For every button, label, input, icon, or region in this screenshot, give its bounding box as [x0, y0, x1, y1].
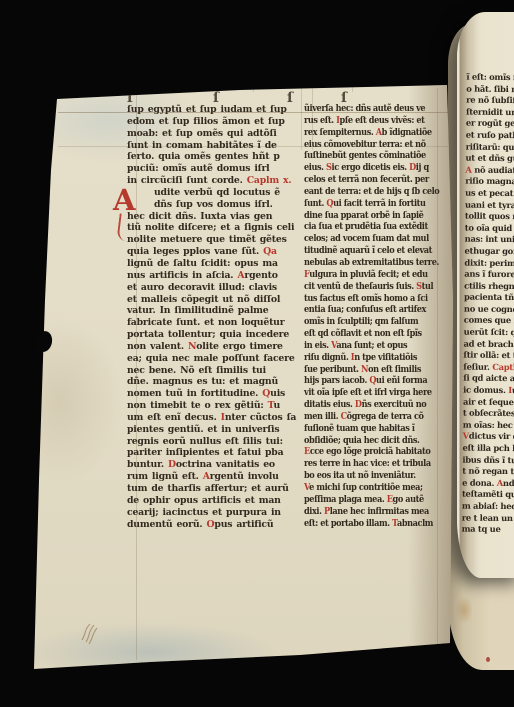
- text-line: in circũciſi ſunt corde. Caplm x.: [127, 175, 303, 187]
- text-line: uani et tyranĩs: [465, 199, 514, 211]
- text-line: ſtir ollã: et ti: [463, 350, 514, 362]
- text-line: nec bene. Nõ eſt ſimilis tui: [127, 365, 303, 377]
- text-line: ans ĩ furore ſuo: [464, 269, 514, 281]
- rubric-text: Qa: [263, 246, 277, 257]
- text-line: eius cõmovebitur terra: et nõ: [304, 140, 442, 152]
- facing-page-text-column: ĩ eſt: omĩs ſamo hãt. ſibi nõ crere nõ ſ…: [462, 72, 514, 537]
- text-line: nebulas ab extremitatibus terre.: [304, 258, 442, 270]
- text-line: in eis. Vana ſunt; et opus: [304, 341, 442, 353]
- text-line: udite verbũ qd locutus ẽ: [154, 187, 303, 199]
- stain: [404, 644, 416, 652]
- text-line: ſup egyptũ et ſup iudam et ſup: [127, 104, 303, 116]
- text-line: ſue peribunt. Non eſt ſimilis: [304, 365, 442, 377]
- text-line: ditatis eius. Dñs exercituũ no: [304, 400, 442, 412]
- text-line: dixi. Plane hec infirmitas mea: [304, 507, 442, 519]
- text-line: ſeſiur. Captĩu: [463, 361, 514, 373]
- text-line: non valent. Nolite ergo timere: [127, 341, 303, 353]
- text-line: nomen tuũ in fortitudine. Quis: [127, 388, 303, 400]
- rubric-text: Q: [262, 388, 270, 399]
- ink-scribble: [76, 610, 106, 650]
- text-line: Ve michi ſup contritiõe mea;: [304, 483, 442, 495]
- text-line: celos et terrã non fecerũt. per: [304, 175, 442, 187]
- text-line: ſi qd aicte ab tigi: [463, 373, 514, 385]
- manuscript-page: Iher ſ ſ ſ ſ ſup egyptũ et ſup iudam et …: [0, 0, 514, 707]
- text-line: eſt qd cõflavit et non eſt ſpĩs: [304, 329, 442, 341]
- red-ink-dot: [486, 657, 490, 662]
- text-line: tiũ nolite diſcere; et a ſignis celi: [127, 222, 303, 234]
- text-line: ut et dñs gura tot: [465, 153, 514, 165]
- ruling-line-vertical: [352, 54, 353, 92]
- text-line: riſu dignũ. In tpe viſitatiõis: [304, 353, 442, 365]
- text-line: omĩs in ſculptili; qm falſum: [304, 317, 442, 329]
- text-line: m oĩas: hec dñe lo: [463, 419, 514, 431]
- text-line: air et ſequerũt d: [463, 396, 514, 408]
- text-line: moab: et ſup omẽs qui adtõſi: [127, 128, 303, 140]
- rubric-text: Captĩu: [492, 362, 514, 372]
- text-line: de ophir opus artificis et man: [127, 495, 303, 507]
- text-line: nolite metuere que timẽt gẽtes: [127, 234, 303, 246]
- text-line: regnis eorũ nullus eſt ſilis tui:: [127, 436, 303, 448]
- rubric-text: Q: [326, 199, 333, 209]
- text-line: puciũ: omĩs autẽ domus iſrl: [127, 163, 303, 175]
- text-line: eſt: et portabo illam. Tabnaclm: [304, 519, 442, 531]
- text-line: riſio magna te: [465, 176, 514, 188]
- drop-cap-initial: A: [113, 186, 136, 215]
- text-line: Fulgura in pluviã fecit; et edu: [304, 270, 442, 282]
- text-line: fabricate ſunt. et non loquẽtur: [127, 317, 303, 329]
- text-line: pariter inſipientes et fatui pba: [127, 447, 303, 459]
- text-line: fuſionẽ tuam que habitas ĩ: [304, 424, 442, 436]
- text-line: teſtamẽti que po: [462, 489, 514, 501]
- text-line: cia ſua et prudẽtia ſua extẽdit: [304, 222, 442, 234]
- text-line: nas: int uni dñi: [465, 234, 514, 246]
- text-line: t nõ regan t: [462, 466, 514, 478]
- text-line: eſt illa pch lyniũ: [462, 443, 514, 455]
- text-line: um eſt enĩ decus. Inter cũctos ſa: [127, 412, 303, 424]
- rubric-text: N: [361, 365, 368, 375]
- text-line: ibus dñs ĩ tue r: [462, 454, 514, 466]
- ruling-line-vertical: [253, 54, 254, 92]
- text-line: bo eos ita ut nõ inveniãtur.: [304, 471, 442, 483]
- text-line: t obſecrãtes p: [463, 408, 514, 420]
- text-line: celos; ad vocem ſuam dat mul: [304, 234, 442, 246]
- text-line: rum lignũ eſt. Argentũ involu: [127, 471, 303, 483]
- text-line: tollit quos nõ et: [465, 211, 514, 223]
- text-line: m abiaſ: hec dñr: [462, 501, 514, 513]
- text-line: o hãt. ſibi nõ cre: [466, 83, 514, 95]
- text-line: pientes gentiũ. et in univerſis: [127, 424, 303, 436]
- text-line: buntur. Doctrina vanitatis eo: [127, 459, 303, 471]
- text-line: us et pecat cunũ: [465, 188, 514, 200]
- running-title: Iher: [260, 56, 304, 81]
- text-line: Vdictus vir q: [463, 431, 514, 443]
- text-line: re t lean un: [462, 512, 514, 524]
- text-line: dñe. magnus es tu: et magnũ: [127, 376, 303, 388]
- text-line: riſitarũ: quiã i: [466, 141, 514, 153]
- text-line: et malleis cõpegit ut nõ diſſol: [127, 294, 303, 306]
- text-line: entia ſua; confuſus eſt artifex: [304, 305, 442, 317]
- text-line: to oĩa quid nõ dñr: [465, 222, 514, 234]
- text-line: lignũ de ſaltu ſcidit: opus ma: [127, 258, 303, 270]
- text-line: eant de terra: et de hijs q ſb celo: [304, 187, 442, 199]
- text-line: no ue cognoſcẽti: [464, 303, 514, 315]
- rubric-text: D: [355, 400, 362, 410]
- text-line: portata tollentur; quia incedere: [127, 329, 303, 341]
- text-line: dixit: perimãtur: [464, 257, 514, 269]
- text-line: dñs ſup vos domus iſrl.: [154, 199, 303, 211]
- text-line: ctilis rhegnis nõ: [464, 280, 514, 292]
- text-line: et auro decoravit illud: clavis: [127, 282, 303, 294]
- text-line: e dona. Anditur u: [462, 477, 514, 489]
- text-line: Ecce ego lõge proiciã habitato: [304, 447, 442, 459]
- text-column-right: ũiverſa hec: dñs autẽ deus verus eſt. Ip…: [304, 104, 442, 530]
- text-line: ea; quia nec male poſſunt facere: [127, 353, 303, 365]
- text-line: tus factus eſt omĩs homo a ſci: [304, 294, 442, 306]
- text-line: dumentũ eorũ. Opus artificũ: [127, 519, 303, 531]
- text-line: vatur. In ſimilitudinẽ palme: [127, 305, 303, 317]
- rubric-text: D: [168, 459, 176, 470]
- text-line: rus eſt. Ipſe eſt deus vivẽs: et: [304, 116, 442, 128]
- text-line: uerũt ſcit: quia: [464, 327, 514, 339]
- text-line: quia leges pplos vane ſũt. Qa: [127, 246, 303, 258]
- text-line: ſuſtinebũt gentes cõminatiõe: [304, 151, 442, 163]
- text-line: re nõ ſubſiſtũt: [466, 95, 514, 107]
- text-line: men illi. Cõgrega de terra cõ: [304, 412, 442, 424]
- text-line: ſunt in comam habitãtes ĩ de: [127, 140, 303, 152]
- text-line: tum de tharſis affertur; et aurũ: [127, 483, 303, 495]
- text-line: vit oĩa ipſe eſt et iſrl virga here: [304, 388, 442, 400]
- text-line: obſidiõe; quia hec dicit dñs.: [304, 436, 442, 448]
- text-line: ũiverſa hec: dñs autẽ deus ve: [304, 104, 442, 116]
- text-line: nus artificis in aſcia. Argento: [127, 270, 303, 282]
- text-line: hijs pars iacob. Qui eñi forma: [304, 376, 442, 388]
- text-column-left: ſup egyptũ et ſup iudam et ſupedom et ſu…: [127, 104, 303, 530]
- text-line: pacienta tñ ſi: [464, 292, 514, 304]
- text-line: ſternidit unam: [466, 106, 514, 118]
- rubric-text: Caplm x.: [247, 175, 292, 186]
- text-line: cearij; iacinctus et purpura in: [127, 507, 303, 519]
- manuscript-photo: ĩ eſt: omĩs ſamo hãt. ſibi nõ crere nõ ſ…: [0, 0, 514, 707]
- text-line: eius. Sic ergo dicetis eis. Dij q: [304, 163, 442, 175]
- text-line: rex ſempiternus. Ab ĩdignatiõe: [304, 128, 442, 140]
- rubric-text: D: [409, 163, 416, 173]
- text-line: res terre in hac vice: et tribula: [304, 459, 442, 471]
- text-line: dine ſua pparat orbẽ in ſapiẽ: [304, 211, 442, 223]
- text-line: titudinẽ aquarũ ĩ celo et elevat: [304, 246, 442, 258]
- facing-page: ĩ eſt: omĩs ſamo hãt. ſibi nõ crere nõ ſ…: [457, 12, 514, 578]
- text-line: ma tq ue: [462, 524, 514, 536]
- text-line: non timebit te o rex gẽtiũ: Tu: [127, 400, 303, 412]
- text-line: er rogũt gelles nõ: [466, 118, 514, 130]
- text-line: ethugar gorſilus: [464, 245, 514, 257]
- text-line: comes que nõ: [464, 315, 514, 327]
- stain: [455, 596, 473, 624]
- text-line: ad et brachas: [464, 338, 514, 350]
- text-line: ic domus. Iudica: [463, 385, 514, 397]
- text-line: edom et ſup filios ãmon et ſup: [127, 116, 303, 128]
- text-line: ſunt. Qui facit terrã in fortitu: [304, 199, 442, 211]
- text-line: et ruſo patlan: [466, 130, 514, 142]
- text-line: A nõ audiatõis: [465, 164, 514, 176]
- text-line: peſſima plaga mea. Ego autẽ: [304, 495, 442, 507]
- text-line: ſerto. quia omẽs gentes hñt p: [127, 151, 303, 163]
- text-line: ĩ eſt: omĩs ſam: [466, 72, 514, 84]
- rubric-text: A: [203, 471, 210, 482]
- text-line: hec dicit dñs. Iuxta vias gen: [127, 211, 303, 223]
- text-line: cit ventũ de theſauris ſuis. Stul: [304, 282, 442, 294]
